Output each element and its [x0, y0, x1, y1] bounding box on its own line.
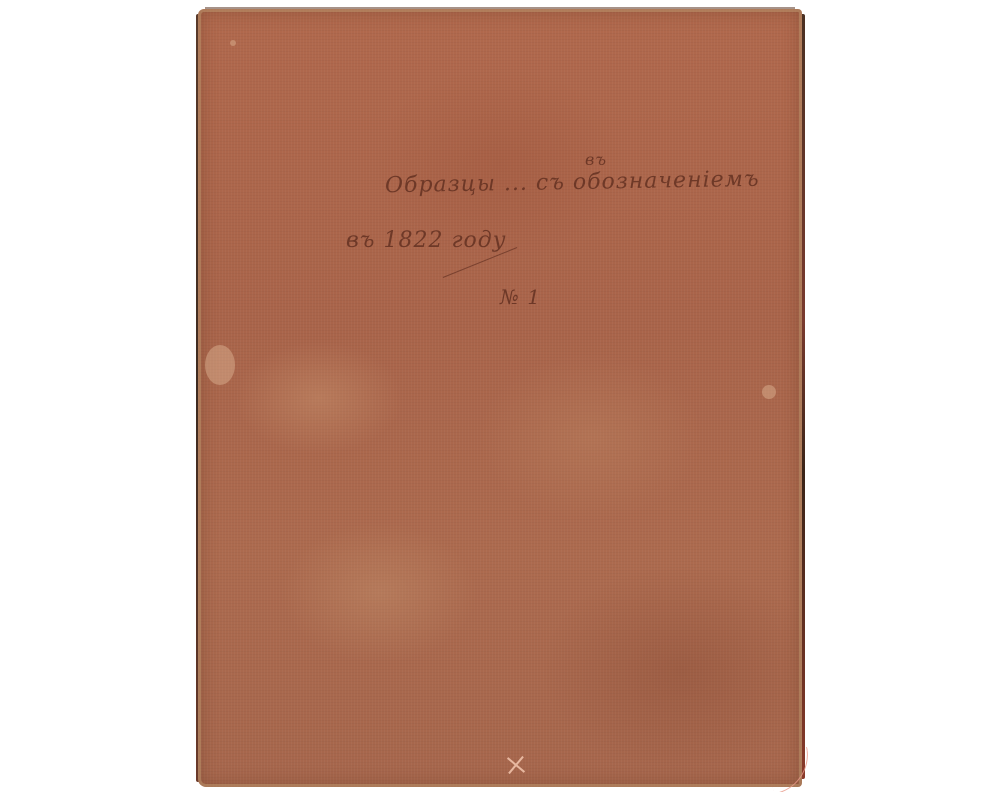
loose-thread — [505, 750, 525, 780]
corner-thread — [767, 747, 814, 792]
wear-spot — [205, 345, 235, 385]
handwritten-superscript: въ — [585, 150, 607, 169]
wear-spot — [762, 385, 776, 399]
handwritten-number: № 1 — [500, 285, 541, 309]
handwritten-year: въ 1822 году — [346, 228, 507, 253]
wear-spot — [230, 40, 236, 46]
book-cover — [198, 9, 802, 787]
